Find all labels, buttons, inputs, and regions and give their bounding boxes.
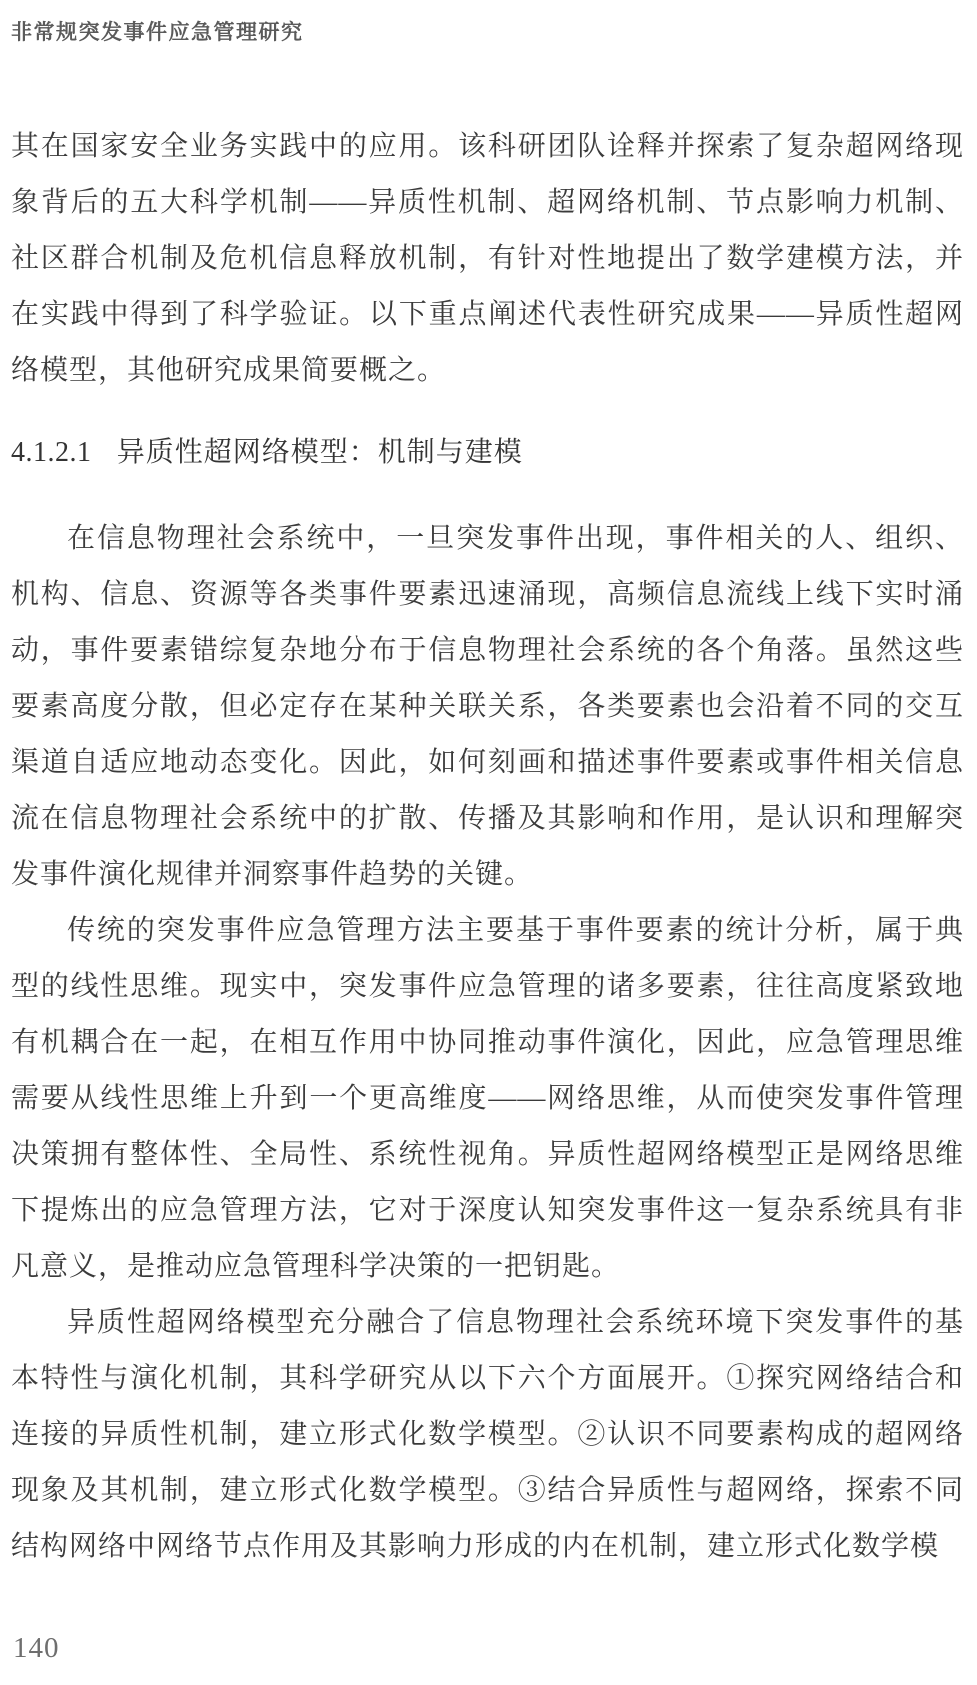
paragraph-cyber-physical-social: 在信息物理社会系统中，一旦突发事件出现，事件相关的人、组织、机构、信息、资源等各… [11, 511, 964, 903]
section-title: 异质性超网络模型：机制与建模 [117, 437, 523, 468]
book-page: 非常规突发事件应急管理研究 其在国家安全业务实践中的应用。该科研团队诠释并探索了… [0, 0, 977, 1685]
section-heading: 4.1.2.1异质性超网络模型：机制与建模 [11, 425, 964, 481]
section-number: 4.1.2.1 [11, 437, 92, 468]
paragraph-continuation: 其在国家安全业务实践中的应用。该科研团队诠释并探索了复杂超网络现象背后的五大科学… [11, 119, 964, 399]
running-header: 非常规突发事件应急管理研究 [11, 16, 304, 46]
paragraph-traditional-methods: 传统的突发事件应急管理方法主要基于事件要素的统计分析，属于典型的线性思维。现实中… [11, 903, 964, 1295]
paragraph-six-research-aspects: 异质性超网络模型充分融合了信息物理社会系统环境下突发事件的基本特性与演化机制，其… [11, 1295, 964, 1575]
page-number: 140 [13, 1632, 60, 1665]
page-body: 其在国家安全业务实践中的应用。该科研团队诠释并探索了复杂超网络现象背后的五大科学… [11, 119, 964, 1575]
